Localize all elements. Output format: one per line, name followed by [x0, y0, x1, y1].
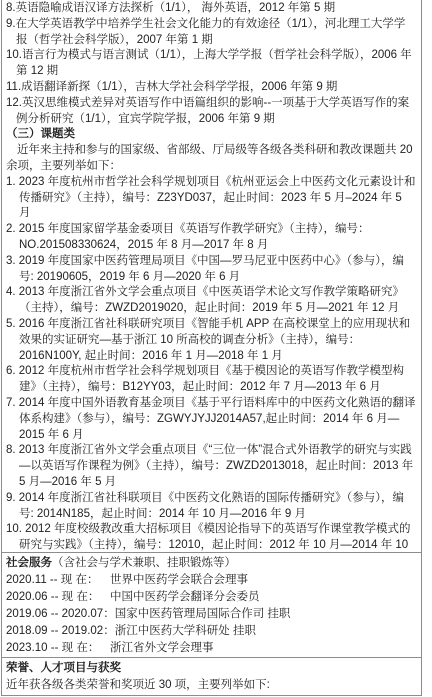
service-period: 2023.10 -- 现 在： — [6, 640, 110, 657]
project-item-9: 9. 2014 年度浙江省社科联项目《中医药文化熟语的国际传播研究》（参与），编… — [6, 491, 416, 523]
publication-item-10: 10.语言行为模式与语言测试（1/1），上海大学学报（哲学社会科学版），2006… — [6, 48, 416, 80]
projects-intro: 近年来主持和参与的国家级、省部级、厅局级等各级各类科研和教改课题共 20 余项，… — [6, 143, 416, 175]
project-item-10: 10. 2012 年度校级教改重大招标项目《模因论指导下的英语写作课堂教学模式的… — [6, 522, 416, 552]
honors-title: 荣誉、人才项目与获奖 — [6, 660, 416, 677]
publication-item-11: 11.成语翻译新探（1/1），吉林大学社会科学学报，2006 年第 9 期 — [6, 80, 416, 96]
social-service-entry: 2020.06 -- 现 在： 中国中医药学会翻译分会委员 — [6, 589, 416, 606]
project-item-1: 1. 2023 年度杭州市哲学社会科学规划项目《杭州亚运会上中医药文化元素设计和… — [6, 175, 416, 222]
social-service-entry: 2018.09 -- 2019.02： 浙江中医药大学科研处 挂职 — [6, 623, 416, 640]
publication-item-9: 9.在大学英语教学中培养学生社会文化能力的有效途径（1/1），河北理工大学学报（… — [6, 17, 416, 49]
service-period: 2018.09 -- 2019.02： — [6, 623, 115, 640]
social-service-header: 社会服务（含社会与学术兼职、挂职锻炼等） — [6, 555, 416, 572]
social-service-entry: 2023.10 -- 现 在： 浙江省外文学会理事 — [6, 640, 416, 657]
service-role: 浙江中医药大学科研处 挂职 — [115, 623, 416, 640]
section-social-service: 社会服务（含社会与学术兼职、挂职锻炼等） 2020.11 -- 现 在： 世界中… — [2, 552, 421, 657]
service-period: 2020.11 -- 现 在： — [6, 572, 110, 589]
social-service-subtitle: （含社会与学术兼职、挂职锻炼等） — [52, 557, 236, 569]
service-role: 国家中医药管理局国际合作司 挂职 — [115, 606, 416, 623]
section-publications-and-projects: 8.英语隐喻成语汉译方法探析（1/1）， 海外英语，2012 年第 5 期 9.… — [2, 0, 421, 552]
service-role: 世界中医药学会联合会理事 — [110, 572, 416, 589]
project-item-8: 8. 2013 年度浙江省外文学会重点项目《“三位一体”混合式外语教学的研究与实… — [6, 443, 416, 490]
social-service-title: 社会服务 — [6, 557, 52, 569]
social-service-entry: 2020.11 -- 现 在： 世界中医药学会联合会理事 — [6, 572, 416, 589]
service-role: 中国中医药学会翻译分会委员 — [110, 589, 416, 606]
projects-section-heading: （三）课题类 — [6, 127, 416, 143]
publication-item-12: 12.英汉思维模式差异对英语写作中语篇组织的影响--一项基于大学英语写作的案例分… — [6, 96, 416, 128]
project-item-3: 3. 2019 年度国家中医药管理局项目《中国—罗马尼亚中医药中心》（参与），编… — [6, 254, 416, 286]
section-honors: 荣誉、人才项目与获奖 近年获各级各类荣誉和奖项近 30 项，主要列举如下: — [2, 657, 421, 695]
document-page: 8.英语隐喻成语汉译方法探析（1/1）， 海外英语，2012 年第 5 期 9.… — [1, 0, 422, 696]
project-item-2: 2. 2015 年度国家留学基金委项目《英语写作教学研究》（主持），编号：NO.… — [6, 222, 416, 254]
service-period: 2020.06 -- 现 在： — [6, 589, 110, 606]
project-item-5: 5. 2016 年度浙江省社科联研究项目《智能手机 APP 在高校课堂上的应用现… — [6, 317, 416, 364]
publication-item-8: 8.英语隐喻成语汉译方法探析（1/1）， 海外英语，2012 年第 5 期 — [6, 1, 416, 17]
service-role: 浙江省外文学会理事 — [110, 640, 416, 657]
project-item-4: 4. 2013 年度浙江省外文学会重点项目《中医英语学术论文写作教学策略研究》（… — [6, 285, 416, 317]
service-period: 2019.06 -- 2020.07： — [6, 606, 115, 623]
project-item-6: 6. 2012 年度杭州市哲学社会科学规划项目《基于模因论的英语写作教学模型构建… — [6, 364, 416, 396]
social-service-entry: 2019.06 -- 2020.07： 国家中医药管理局国际合作司 挂职 — [6, 606, 416, 623]
honors-intro: 近年获各级各类荣誉和奖项近 30 项，主要列举如下: — [6, 677, 416, 694]
project-item-7: 7. 2014 年度中国外语教育基金项目《基于平行语料库中的中医药文化熟语的翻译… — [6, 396, 416, 443]
